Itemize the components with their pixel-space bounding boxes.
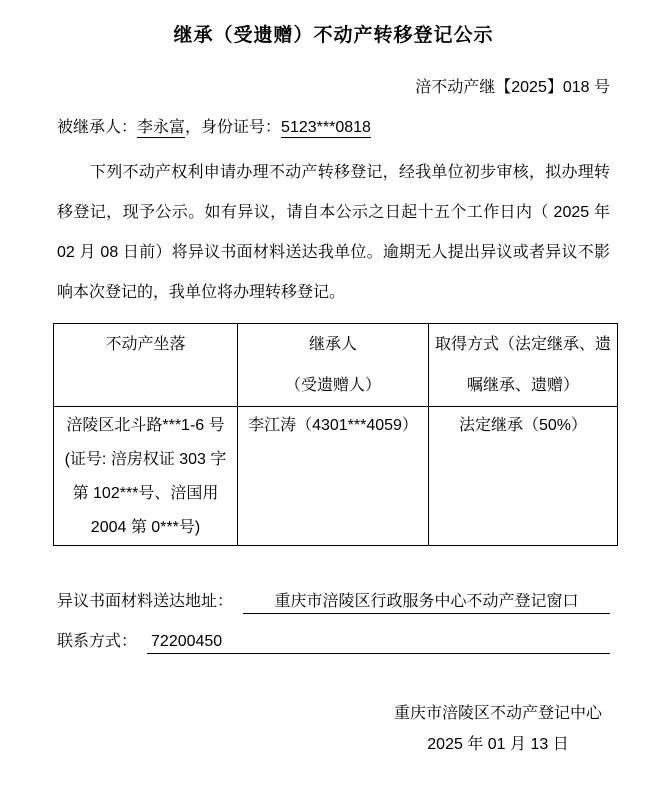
cell-heir: 李江涛（4301***4059） [238,407,429,546]
table-row: 涪陵区北斗路***1-6 号 (证号: 涪房权证 303 字 第 102***号… [54,407,618,546]
contact-line: 联系方式： 72200450 [57,622,610,662]
notice-body-paragraph: 下列不动产权利申请办理不动产转移登记，经我单位初步审核，拟办理转移登记，现予公示… [57,153,610,313]
cell-property-location: 涪陵区北斗路***1-6 号 (证号: 涪房权证 303 字 第 102***号… [54,407,238,546]
notice-document: 继承（受遗赠）不动产转移登记公示 涪不动产继【2025】018 号 被继承人：李… [0,0,667,787]
cell-acquisition-method: 法定继承（50%） [429,407,618,546]
contact-value: 72200450 [147,631,610,654]
page-title: 继承（受遗赠）不动产转移登记公示 [57,25,610,47]
objection-address-line: 异议书面材料送达地址： 重庆市涪陵区行政服务中心不动产登记窗口 [57,582,610,622]
doc-number: 涪不动产继【2025】018 号 [57,68,610,108]
issuing-organization: 重庆市涪陵区不动产登记中心 [394,698,602,729]
contact-label: 联系方式： [57,622,137,662]
property-table: 不动产坐落 继承人 （受遗赠人） 取得方式（法定继承、遗 嘱继承、遗赠） 涪陵区… [53,323,618,546]
decedent-line: 被继承人：李永富，身份证号：5123***0818 [57,108,610,148]
id-number-label: ，身份证号： [185,119,281,136]
decedent-id-number: 5123***0818 [281,119,371,136]
table-header-row: 不动产坐落 继承人 （受遗赠人） 取得方式（法定继承、遗 嘱继承、遗赠） [54,324,618,407]
header-property-location: 不动产坐落 [54,324,238,407]
header-heir: 继承人 （受遗赠人） [238,324,429,407]
signature-block: 重庆市涪陵区不动产登记中心 2025 年 01 月 13 日 [394,698,602,760]
header-acquisition-method: 取得方式（法定继承、遗 嘱继承、遗赠） [429,324,618,407]
decedent-name: 李永富 [137,119,185,136]
objection-address-value: 重庆市涪陵区行政服务中心不动产登记窗口 [243,591,610,614]
decedent-label: 被继承人： [57,119,137,136]
objection-address-label: 异议书面材料送达地址： [57,582,233,622]
issue-date: 2025 年 01 月 13 日 [394,729,602,760]
